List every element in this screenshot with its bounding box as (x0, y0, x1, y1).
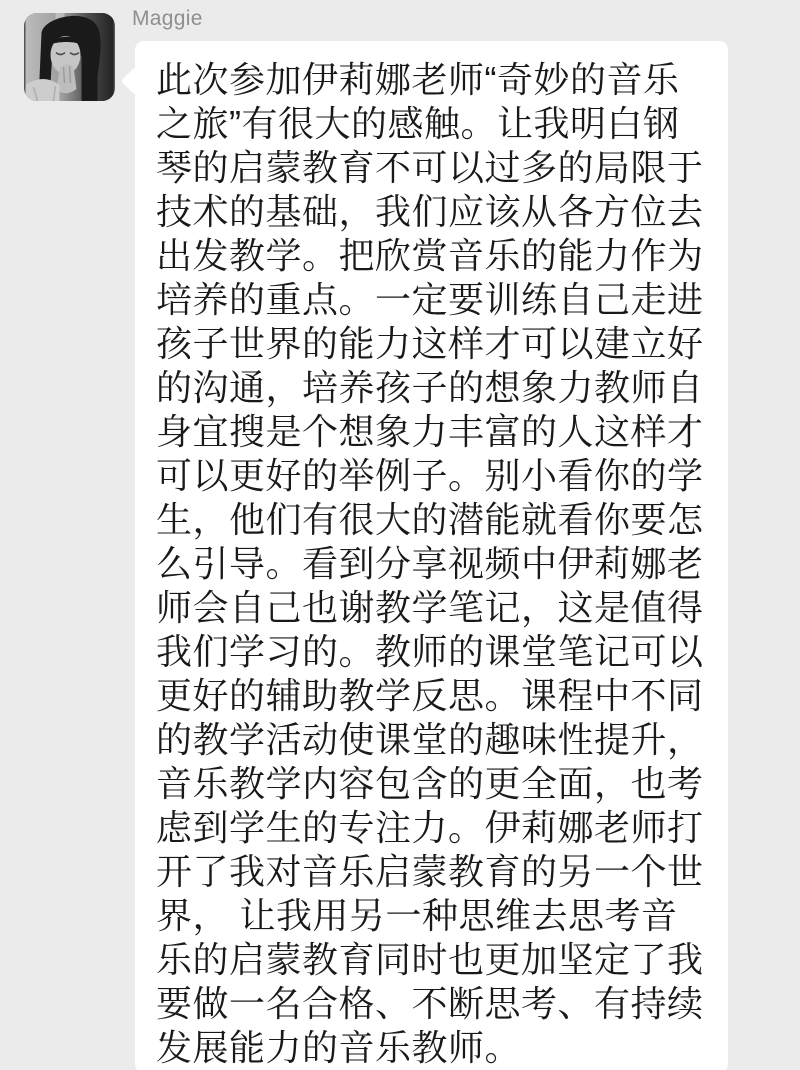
portrait-photo (24, 13, 115, 101)
chat-background: Maggie 此次参加伊莉娜老师“奇妙的音乐 之旅”有很大的感触。让我明白钢 琴… (0, 0, 800, 1070)
sender-name: Maggie (132, 6, 203, 32)
bubble-tail (121, 67, 149, 95)
message-text: 此次参加伊莉娜老师“奇妙的音乐 之旅”有很大的感触。让我明白钢 琴的启蒙教育不可… (156, 58, 708, 1070)
message-bubble[interactable]: 此次参加伊莉娜老师“奇妙的音乐 之旅”有很大的感触。让我明白钢 琴的启蒙教育不可… (135, 41, 728, 1070)
avatar[interactable] (24, 13, 115, 101)
